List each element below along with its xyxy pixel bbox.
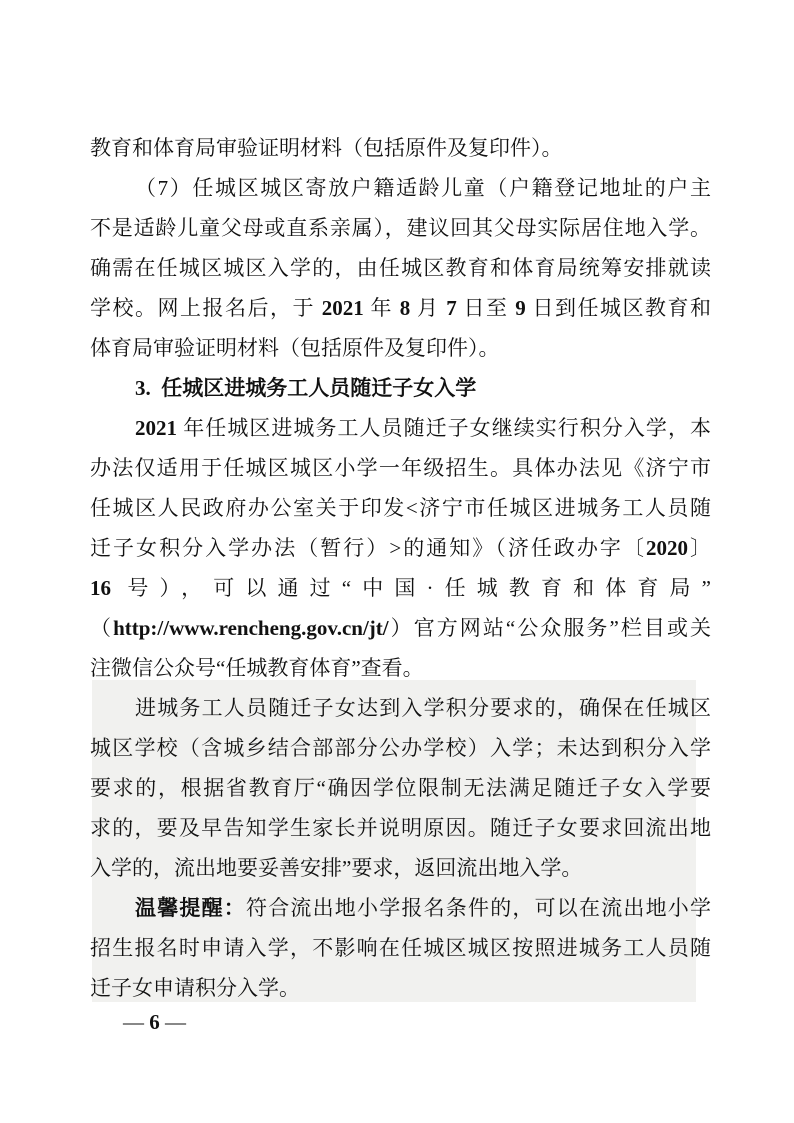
text-segment: 教育和体育局审验证明材料（包括原件及复印件）。: [90, 136, 563, 160]
text-segment: 年任城区进城务工人员随迁子女继续实行积分入学，本: [177, 416, 711, 440]
text-line: 入学的，流出地要妥善安排”要求，返回流出地入学。: [90, 848, 711, 888]
text-segment: 日至: [457, 296, 516, 320]
text-line: 要求的，根据省教育厅“确因学位限制无法满足随迁子女入学要: [90, 768, 711, 808]
text-segment: 符合流出地小学报名条件的，可以在流出地小学: [246, 896, 711, 920]
text-line: 不是适龄儿童父母或直系亲属），建议回其父母实际居住地入学。: [90, 208, 711, 248]
text-line: 2021 年任城区进城务工人员随迁子女继续实行积分入学，本: [90, 408, 711, 448]
text-segment: 号），可以通过“中国·任城教育和体育局”: [111, 576, 711, 600]
text-segment: 日到任城区教育和: [526, 296, 711, 320]
text-segment: 确需在任城区城区入学的，由任城区教育和体育局统筹安排就读: [90, 256, 711, 280]
bold-text-segment: 6: [149, 1010, 160, 1034]
text-segment: ）官方网站“公众服务”栏目或关: [389, 616, 711, 640]
text-line: 求的，要及早告知学生家长并说明原因。随迁子女要求回流出地: [90, 808, 711, 848]
document-page: 教育和体育局审验证明材料（包括原件及复印件）。（7）任城区城区寄放户籍适龄儿童（…: [0, 0, 794, 1123]
text-line: 学校。网上报名后，于 2021 年 8 月 7 日至 9 日到任城区教育和: [90, 288, 711, 328]
text-line: 温馨提醒：符合流出地小学报名条件的，可以在流出地小学: [90, 888, 711, 928]
text-segment: 任城区人民政府办公室关于印发<济宁市任城区进城务工人员随: [90, 496, 711, 520]
text-segment: 迁子女申请积分入学。: [90, 976, 300, 1000]
text-line: 16 号），可以通过“中国·任城教育和体育局”: [90, 568, 711, 608]
text-line: 教育和体育局审验证明材料（包括原件及复印件）。: [90, 128, 711, 168]
text-segment: 求的，要及早告知学生家长并说明原因。随迁子女要求回流出地: [90, 816, 711, 840]
text-segment: —: [160, 1010, 186, 1034]
text-segment: 年: [364, 296, 400, 320]
text-segment: 招生报名时申请入学，不影响在任城区城区按照进城务工人员随: [90, 936, 711, 960]
bold-text-segment: 7: [446, 296, 457, 320]
text-segment: 城区学校（含城乡结合部部分公办学校）入学；未达到积分入学: [90, 736, 711, 760]
text-segment: 入学的，流出地要妥善安排”要求，返回流出地入学。: [90, 856, 582, 880]
bold-text-segment: 16: [90, 576, 111, 600]
text-line: 迁子女积分入学办法（暂行）>的通知》（济任政办字〔2020〕: [90, 528, 711, 568]
text-line: 确需在任城区城区入学的，由任城区教育和体育局统筹安排就读: [90, 248, 711, 288]
text-line: （http://www.rencheng.gov.cn/jt/）官方网站“公众服…: [90, 608, 711, 648]
text-line: 办法仅适用于任城区城区小学一年级招生。具体办法见《济宁市: [90, 448, 711, 488]
text-segment: 学校。网上报名后，于: [90, 296, 322, 320]
text-line: 招生报名时申请入学，不影响在任城区城区按照进城务工人员随: [90, 928, 711, 968]
text-segment: 进城务工人员随迁子女达到入学积分要求的，确保在任城区: [135, 696, 711, 720]
text-segment: 迁子女积分入学办法（暂行）>的通知》（济任政办字〔: [90, 536, 646, 560]
text-line: 迁子女申请积分入学。: [90, 968, 711, 1008]
document-body: 教育和体育局审验证明材料（包括原件及复印件）。（7）任城区城区寄放户籍适龄儿童（…: [90, 128, 711, 1008]
bold-text-segment: http://www.rencheng.gov.cn/jt/: [113, 616, 389, 640]
text-line: 注微信公众号“任城教育体育”查看。: [90, 648, 711, 688]
text-segment: 3. 任城区进城务工人员随迁子女入学: [135, 376, 476, 400]
text-segment: （7）任城区城区寄放户籍适龄儿童（户籍登记地址的户主: [135, 176, 711, 200]
bold-text-segment: 9: [515, 296, 526, 320]
text-line: （7）任城区城区寄放户籍适龄儿童（户籍登记地址的户主: [90, 168, 711, 208]
bold-text-segment: 2021: [322, 296, 364, 320]
text-segment: （: [90, 616, 113, 640]
text-line: 进城务工人员随迁子女达到入学积分要求的，确保在任城区: [90, 688, 711, 728]
text-segment: 体育局审验证明材料（包括原件及复印件）。: [90, 336, 500, 360]
text-segment: 要求的，根据省教育厅“确因学位限制无法满足随迁子女入学要: [90, 776, 711, 800]
text-segment: 〕: [688, 536, 711, 560]
text-segment: 不是适龄儿童父母或直系亲属），建议回其父母实际居住地入学。: [90, 216, 711, 240]
text-line: 城区学校（含城乡结合部部分公办学校）入学；未达到积分入学: [90, 728, 711, 768]
text-segment: 注微信公众号“任城教育体育”查看。: [90, 656, 424, 680]
text-line: 体育局审验证明材料（包括原件及复印件）。: [90, 328, 711, 368]
text-line: 任城区人民政府办公室关于印发<济宁市任城区进城务工人员随: [90, 488, 711, 528]
section-heading: 3. 任城区进城务工人员随迁子女入学: [90, 368, 711, 408]
bold-text-segment: 2020: [646, 536, 688, 560]
bold-text-segment: 2021: [135, 416, 177, 440]
text-segment: 月: [410, 296, 446, 320]
bold-text-segment: 温馨提醒：: [135, 896, 246, 920]
text-segment: —: [123, 1010, 149, 1034]
text-segment: 办法仅适用于任城区城区小学一年级招生。具体办法见《济宁市: [90, 456, 711, 480]
page-number: — 6 —: [123, 1006, 186, 1038]
bold-text-segment: 8: [400, 296, 411, 320]
